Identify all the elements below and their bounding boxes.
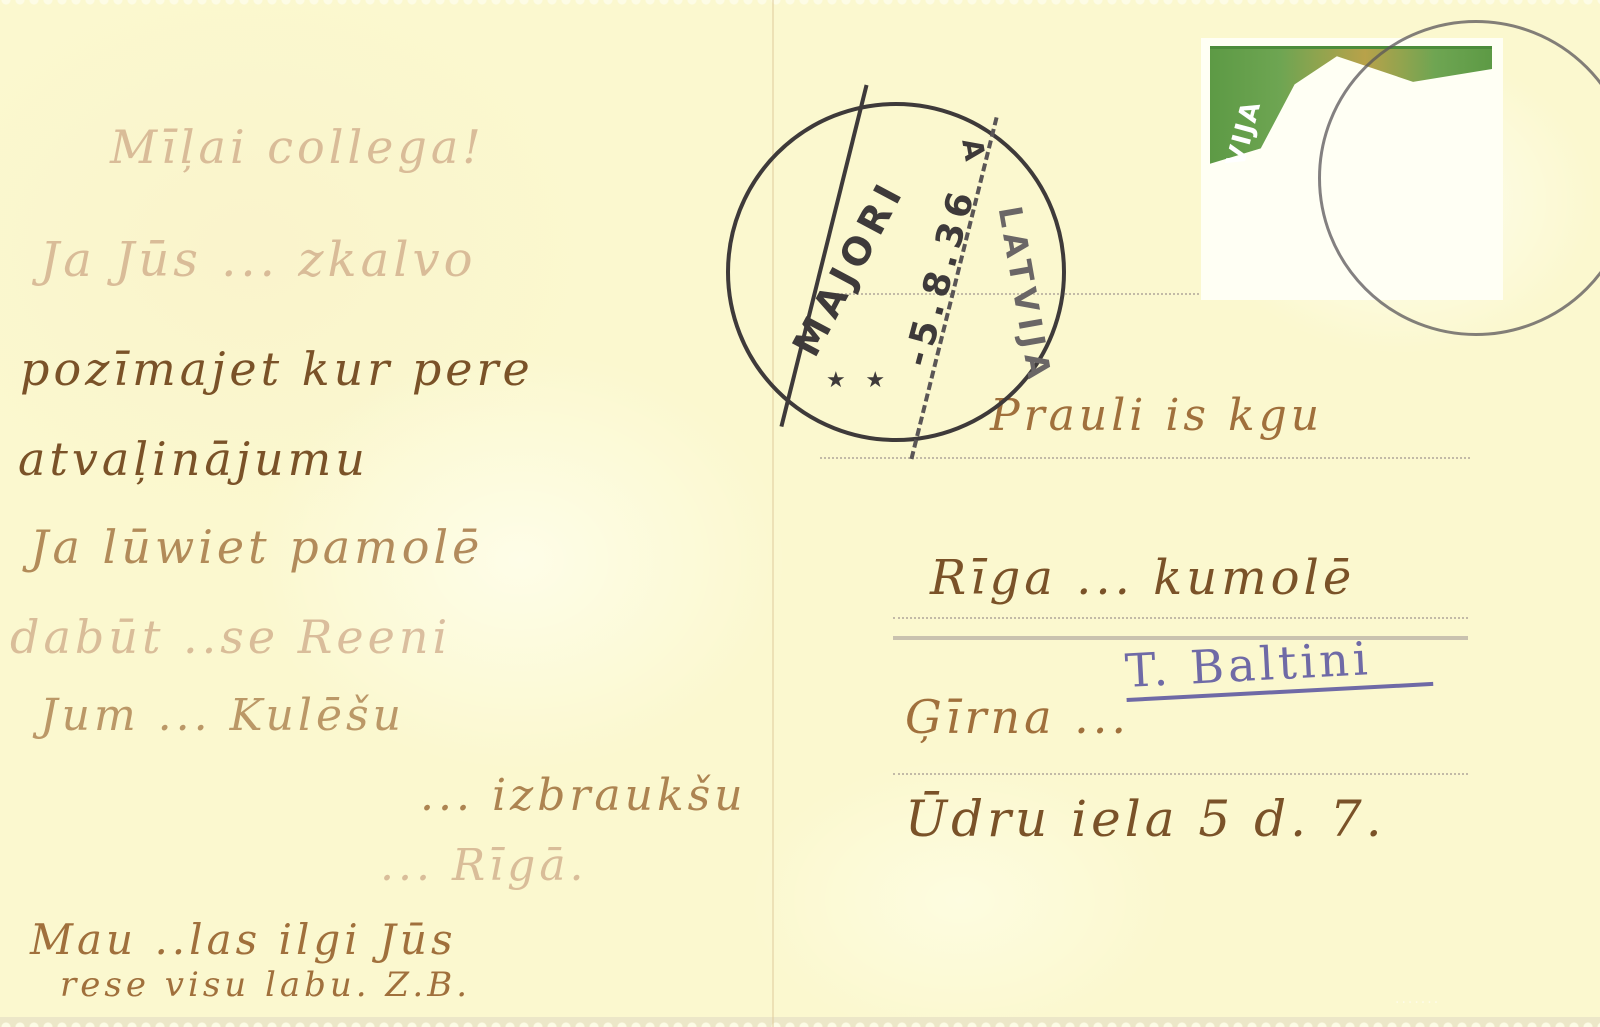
address-line-district: Ģīrna ... bbox=[905, 690, 1130, 744]
watermark: ······· bbox=[1395, 995, 1440, 1011]
message-line-greeting: Mīļai collega! bbox=[110, 120, 485, 174]
message-line: ... Rīgā. bbox=[380, 840, 588, 891]
message-line: Ja lūwiet pamolē bbox=[30, 520, 483, 574]
message-line: Jum ... Kulēšu bbox=[40, 690, 405, 741]
address-line-street: Ūdru iela 5 d. 7. bbox=[905, 790, 1386, 848]
message-line: dabūt ..se Reeni bbox=[10, 610, 451, 664]
message-line: pozīmajet kur pere bbox=[20, 342, 534, 396]
postcard-back: Mīļai collega! Ja Jūs ... zkalvo pozīmaj… bbox=[0, 0, 1600, 1027]
message-line: ... izbraukšu bbox=[420, 770, 747, 821]
postmark-majori: MAJORI -5.8.36 LATVIJA A ★ ★ bbox=[726, 102, 1066, 442]
address-guide-line bbox=[893, 773, 1468, 775]
address-guide-line bbox=[820, 457, 1470, 459]
postmark-stars: ★ ★ bbox=[826, 368, 891, 393]
address-line-city: Rīga ... kumolē bbox=[930, 550, 1355, 606]
address-line-name: Prauli is kgu bbox=[990, 390, 1323, 441]
postmark-series: A bbox=[955, 136, 992, 169]
perforated-bottom-edge bbox=[0, 1017, 1600, 1027]
message-line: Mau ..las ilgi Jūs bbox=[30, 915, 457, 964]
message-line: atvaļinājumu bbox=[18, 432, 369, 486]
message-closing: rese visu labu. Z.B. bbox=[60, 965, 471, 1005]
perforated-top-edge bbox=[0, 0, 1600, 10]
message-line: Ja Jūs ... zkalvo bbox=[40, 232, 477, 288]
postmark-country: LATVIJA bbox=[991, 203, 1060, 387]
address-guide-line bbox=[893, 617, 1468, 619]
